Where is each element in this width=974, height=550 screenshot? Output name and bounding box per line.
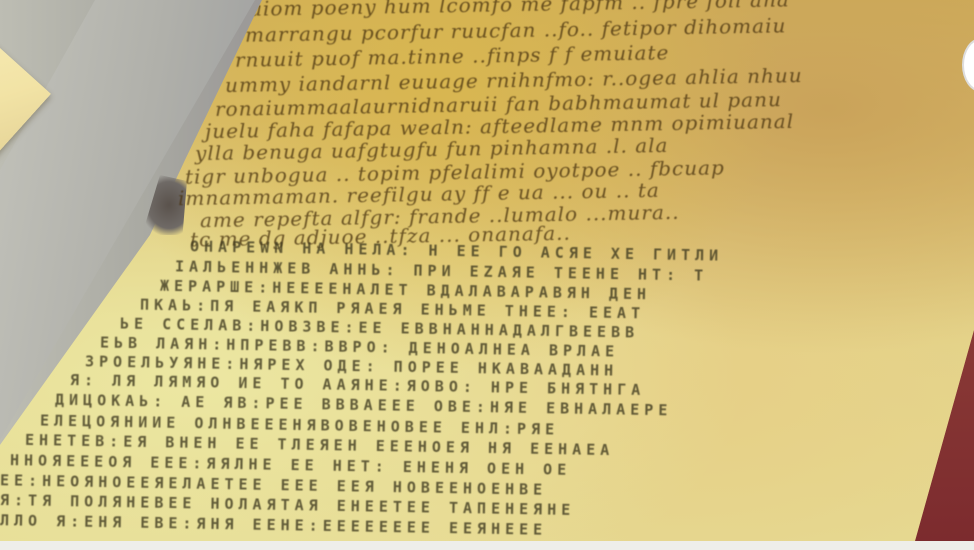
photo-scene: aiom poeny hum lcomfo me fapfm .. fpre f…: [0, 0, 974, 541]
bottom-strip: [0, 541, 974, 550]
